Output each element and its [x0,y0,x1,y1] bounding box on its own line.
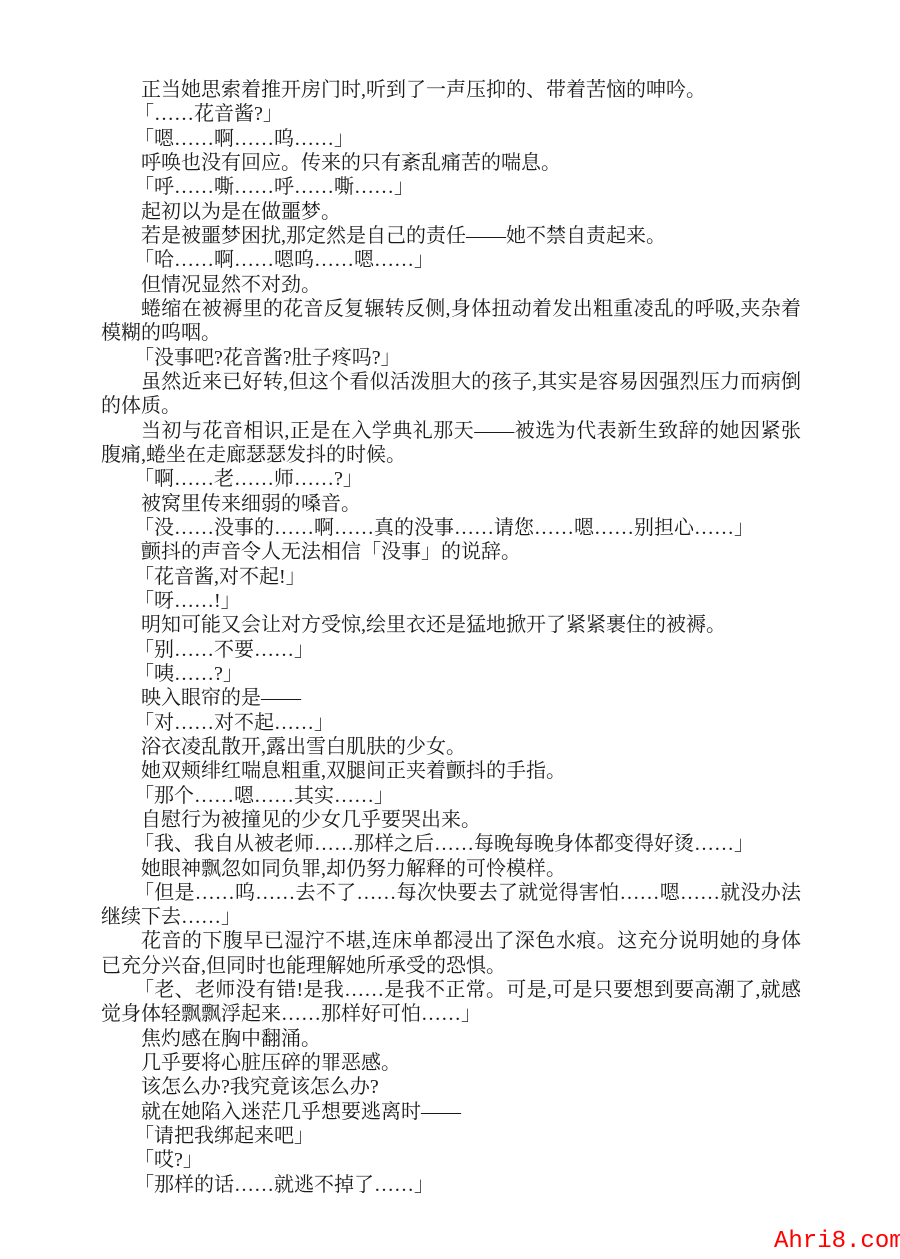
dialogue-line: 「但是……呜……去不了……每次快要去了就觉得害怕……嗯……就没办法继续下去……」 [101,881,801,930]
dialogue-line: 「哈……啊……嗯呜……嗯……」 [101,248,801,272]
narrative-line: 焦灼感在胸中翻涌。 [101,1027,801,1051]
narrative-line: 几乎要将心脏压碎的罪恶感。 [101,1051,801,1075]
narrative-line: 她眼神飘忽如同负罪,却仍努力解释的可怜模样。 [101,857,801,881]
narrative-line: 当初与花音相识,正是在入学典礼那天——被选为代表新生致辞的她因紧张腹痛,蜷坐在走… [101,419,801,468]
dialogue-line: 「没……没事的……啊……真的没事……请您……嗯……别担心……」 [101,516,801,540]
dialogue-line: 「啊……老……师……?」 [101,467,801,491]
watermark: Ahri8.com [774,1228,900,1256]
dialogue-line: 「老、老师没有错!是我……是我不正常。可是,可是只要想到要高潮了,就感觉身体轻飘… [101,978,801,1027]
narrative-line: 她双颊绯红喘息粗重,双腿间正夹着颤抖的手指。 [101,759,801,783]
narrative-line: 起初以为是在做噩梦。 [101,200,801,224]
dialogue-line: 「我、我自从被老师……那样之后……每晚每晚身体都变得好烫……」 [101,832,801,856]
narrative-line: 自慰行为被撞见的少女几乎要哭出来。 [101,808,801,832]
narrative-line: 蜷缩在被褥里的花音反复辗转反侧,身体扭动着发出粗重凌乱的呼吸,夹杂着模糊的呜咽。 [101,297,801,346]
dialogue-line: 「呀……!」 [101,589,801,613]
narrative-line: 但情况显然不对劲。 [101,273,801,297]
narrative-line: 虽然近来已好转,但这个看似活泼胆大的孩子,其实是容易因强烈压力而病倒的体质。 [101,370,801,419]
dialogue-line: 「花音酱,对不起!」 [101,565,801,589]
dialogue-line: 「……花音酱?」 [101,102,801,126]
narrative-line: 映入眼帘的是—— [101,686,801,710]
narrative-line: 该怎么办?我究竟该怎么办? [101,1075,801,1099]
narrative-line: 花音的下腹早已湿泞不堪,连床单都浸出了深色水痕。这充分说明她的身体已充分兴奋,但… [101,929,801,978]
dialogue-line: 「请把我绑起来吧」 [101,1124,801,1148]
dialogue-line: 「咦……?」 [101,662,801,686]
dialogue-line: 「嗯……啊……呜……」 [101,127,801,151]
dialogue-line: 「没事吧?花音酱?肚子疼吗?」 [101,346,801,370]
novel-text-block: 正当她思索着推开房门时,听到了一声压抑的、带着苦恼的呻吟。「……花音酱?」「嗯…… [101,78,801,1197]
dialogue-line: 「呼……嘶……呼……嘶……」 [101,175,801,199]
dialogue-line: 「对……对不起……」 [101,711,801,735]
narrative-line: 正当她思索着推开房门时,听到了一声压抑的、带着苦恼的呻吟。 [101,78,801,102]
dialogue-line: 「别……不要……」 [101,638,801,662]
narrative-line: 颤抖的声音令人无法相信「没事」的说辞。 [101,540,801,564]
dialogue-line: 「哎?」 [101,1148,801,1172]
narrative-line: 就在她陷入迷茫几乎想要逃离时—— [101,1100,801,1124]
narrative-line: 呼唤也没有回应。传来的只有紊乱痛苦的喘息。 [101,151,801,175]
narrative-line: 明知可能又会让对方受惊,绘里衣还是猛地掀开了紧紧裹住的被褥。 [101,613,801,637]
narrative-line: 浴衣凌乱散开,露出雪白肌肤的少女。 [101,735,801,759]
narrative-line: 被窝里传来细弱的嗓音。 [101,492,801,516]
dialogue-line: 「那个……嗯……其实……」 [101,784,801,808]
narrative-line: 若是被噩梦困扰,那定然是自己的责任——她不禁自责起来。 [101,224,801,248]
dialogue-line: 「那样的话……就逃不掉了……」 [101,1173,801,1197]
